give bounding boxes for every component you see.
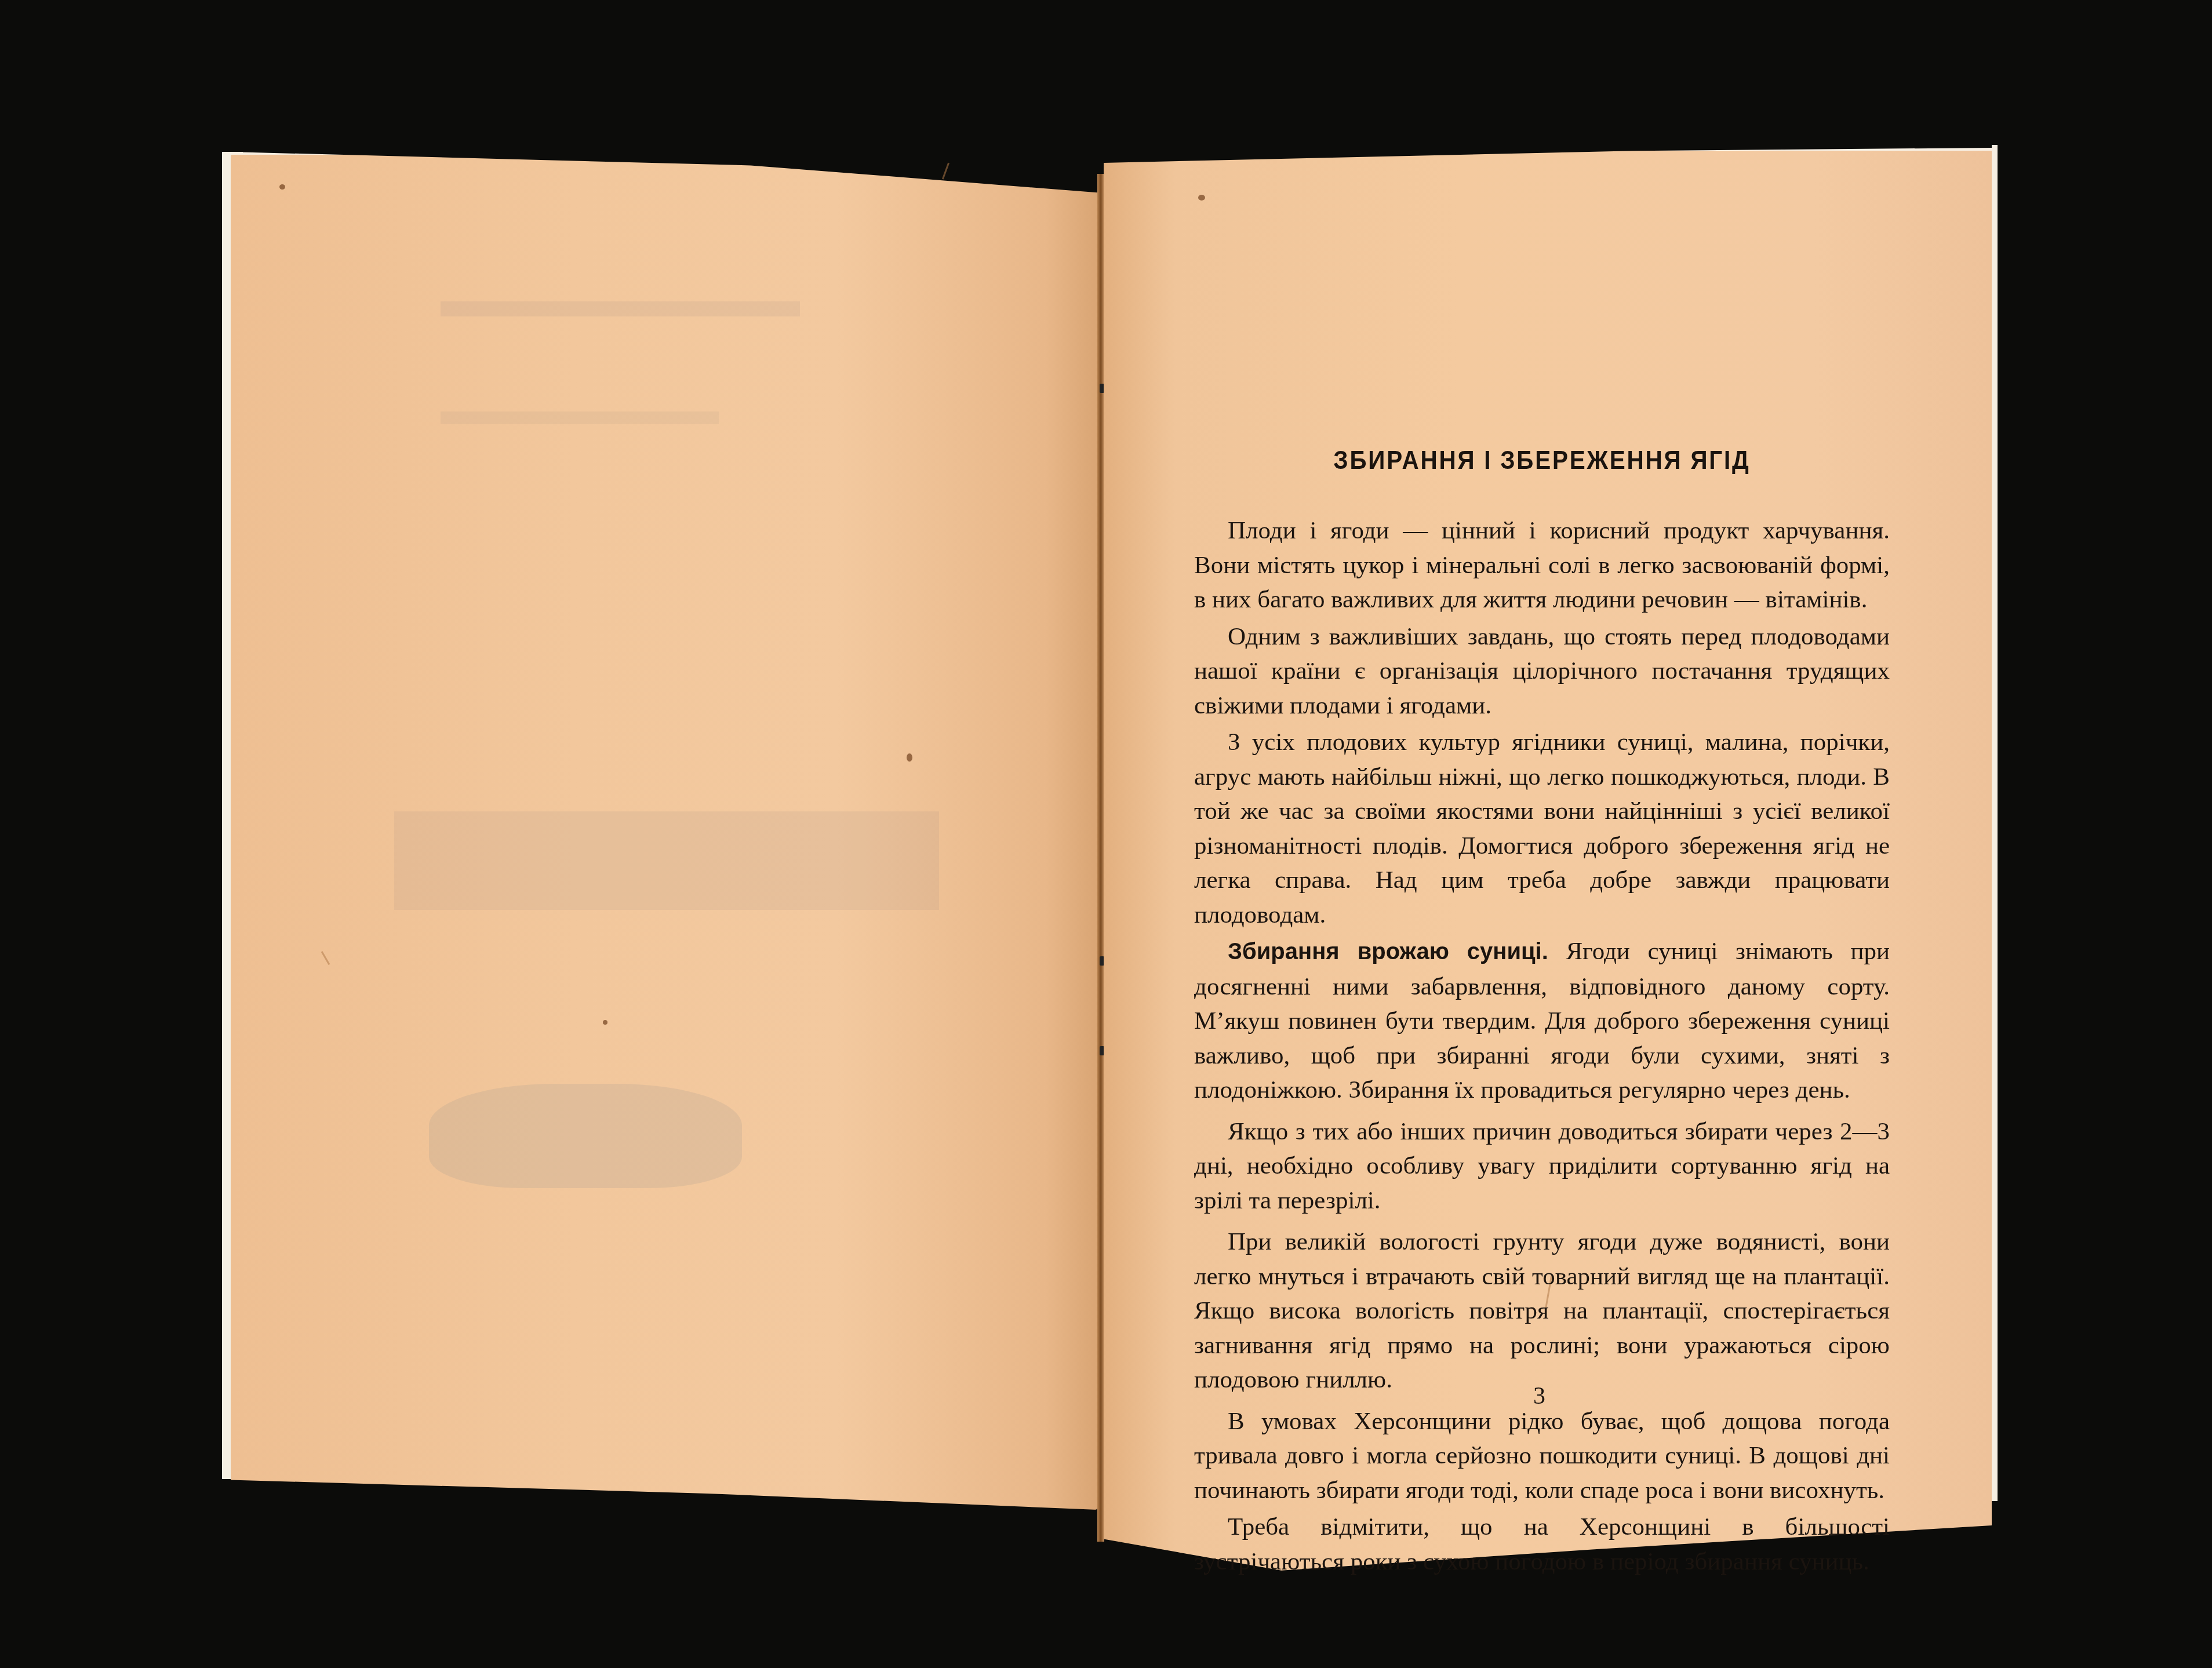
paragraph: В умовах Херсонщини рідко буває, щоб дощ… bbox=[1194, 1404, 1890, 1508]
binding-gutter bbox=[1097, 174, 1104, 1542]
paragraph-text: Одним з важливіших завдань, що стоять пе… bbox=[1194, 623, 1890, 719]
section-heading: ЗБИРАННЯ І ЗБЕРЕЖЕННЯ ЯГІД bbox=[1222, 446, 1862, 475]
page-number: 3 bbox=[1533, 1382, 1545, 1410]
paragraph: Збирання врожаю суниці. Ягоди суниці зні… bbox=[1194, 934, 1890, 1108]
show-through-line bbox=[441, 301, 800, 316]
show-through-line bbox=[441, 411, 719, 424]
right-page-edge bbox=[1992, 145, 1998, 1501]
paper-speck bbox=[907, 753, 912, 762]
paragraph: Плоди і ягоди — цінний і корисний продук… bbox=[1194, 513, 1890, 617]
paragraph: При великій вологості грунту ягоди дуже … bbox=[1194, 1225, 1890, 1397]
paragraph-text: Якщо з тих або інших причин доводиться з… bbox=[1194, 1118, 1890, 1214]
page-text-block: ЗБИРАННЯ І ЗБЕРЕЖЕННЯ ЯГІД Плоди і ягоди… bbox=[1194, 446, 1890, 1581]
booklet-spread: ЗБИРАННЯ І ЗБЕРЕЖЕННЯ ЯГІД Плоди і ягоди… bbox=[0, 0, 2212, 1668]
staple bbox=[1100, 1046, 1104, 1055]
staple bbox=[1100, 384, 1104, 393]
paragraph-text: Плоди і ягоди — цінний і корисний продук… bbox=[1194, 517, 1890, 613]
paragraph-text: Треба відмітити, що на Херсонщині в біль… bbox=[1194, 1513, 1890, 1575]
paragraph-text: З усіх плодових культур ягідники суниці,… bbox=[1194, 729, 1890, 928]
paragraph-lead: Збирання врожаю суниці. bbox=[1228, 939, 1548, 964]
paragraph-text: В умовах Херсонщини рідко буває, щоб дощ… bbox=[1194, 1408, 1890, 1504]
staple bbox=[1100, 956, 1104, 966]
paragraph: Треба відмітити, що на Херсонщині в біль… bbox=[1194, 1510, 1890, 1579]
paper-speck bbox=[279, 184, 285, 190]
paper-speck bbox=[603, 1020, 607, 1025]
paragraph: З усіх плодових культур ягідники суниці,… bbox=[1194, 725, 1890, 932]
paragraph-list: Плоди і ягоди — цінний і корисний продук… bbox=[1194, 513, 1890, 1579]
paragraph: Одним з важливіших завдань, що стоять пе… bbox=[1194, 620, 1890, 723]
paper-speck bbox=[1198, 195, 1205, 201]
paper-fiber bbox=[942, 162, 949, 179]
show-through-title bbox=[394, 811, 939, 910]
show-through-illustration bbox=[429, 1084, 742, 1188]
paragraph-text: При великій вологості грунту ягоди дуже … bbox=[1194, 1228, 1890, 1393]
paragraph: Якщо з тих або інших причин доводиться з… bbox=[1194, 1115, 1890, 1218]
